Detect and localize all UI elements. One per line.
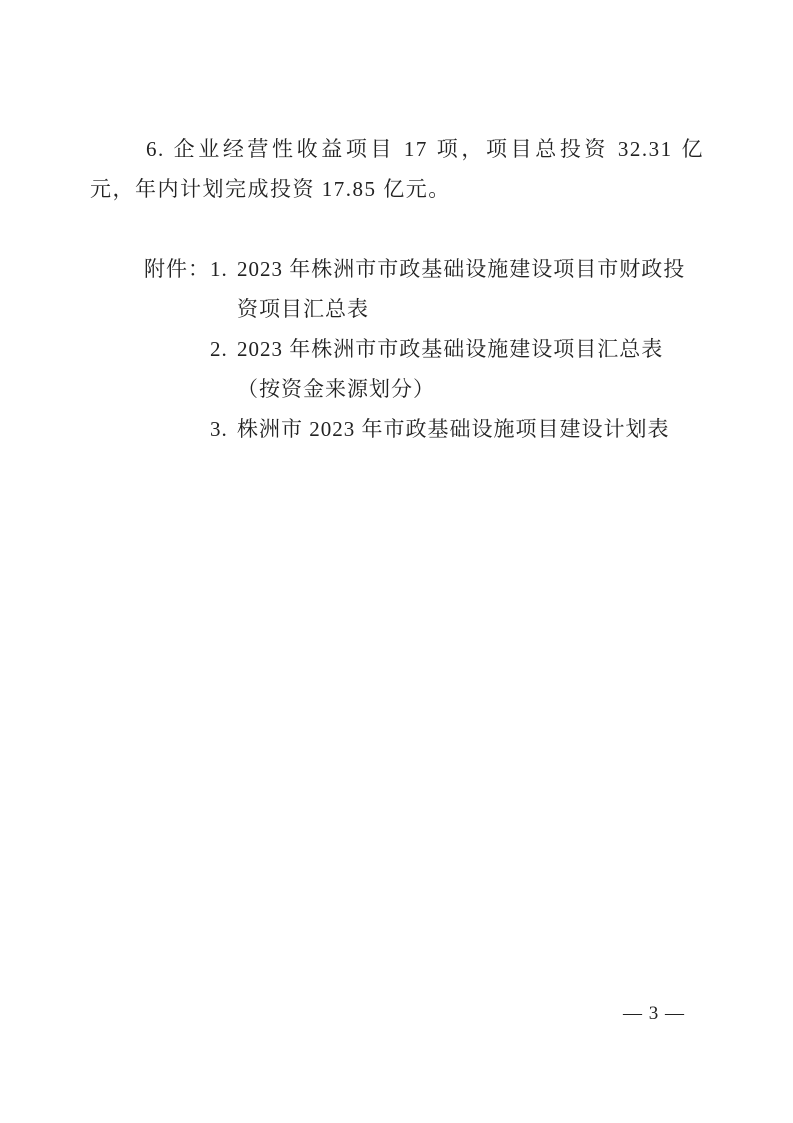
attachments-block: 附件： 1. 2023 年株洲市市政基础设施建设项目市财政投资项目汇总表 2. … [144, 249, 704, 449]
attachment-item-number: 3. [210, 409, 237, 449]
attachment-list: 1. 2023 年株洲市市政基础设施建设项目市财政投资项目汇总表 2. 2023… [210, 249, 704, 449]
attachment-item-text: 株洲市 2023 年市政基础设施项目建设计划表 [237, 409, 704, 449]
attachment-item-text: 2023 年株洲市市政基础设施建设项目市财政投资项目汇总表 [237, 249, 704, 329]
attachment-item-number: 2. [210, 329, 237, 369]
body-paragraph: 6. 企业经营性收益项目 17 项，项目总投资 32.31 亿元，年内计划完成投… [90, 129, 704, 209]
attachment-item-number: 1. [210, 249, 237, 289]
attachment-item-text: 2023 年株洲市市政基础设施建设项目汇总表（按资金来源划分） [237, 329, 704, 409]
document-page: 6. 企业经营性收益项目 17 项，项目总投资 32.31 亿元，年内计划完成投… [0, 0, 793, 1123]
attachment-item: 3. 株洲市 2023 年市政基础设施项目建设计划表 [210, 409, 704, 449]
page-number: — 3 — [623, 1002, 685, 1026]
attachment-item: 1. 2023 年株洲市市政基础设施建设项目市财政投资项目汇总表 [210, 249, 704, 329]
document-content: 6. 企业经营性收益项目 17 项，项目总投资 32.31 亿元，年内计划完成投… [90, 129, 704, 449]
attachments-label: 附件： [144, 249, 210, 449]
attachment-item: 2. 2023 年株洲市市政基础设施建设项目汇总表（按资金来源划分） [210, 329, 704, 409]
